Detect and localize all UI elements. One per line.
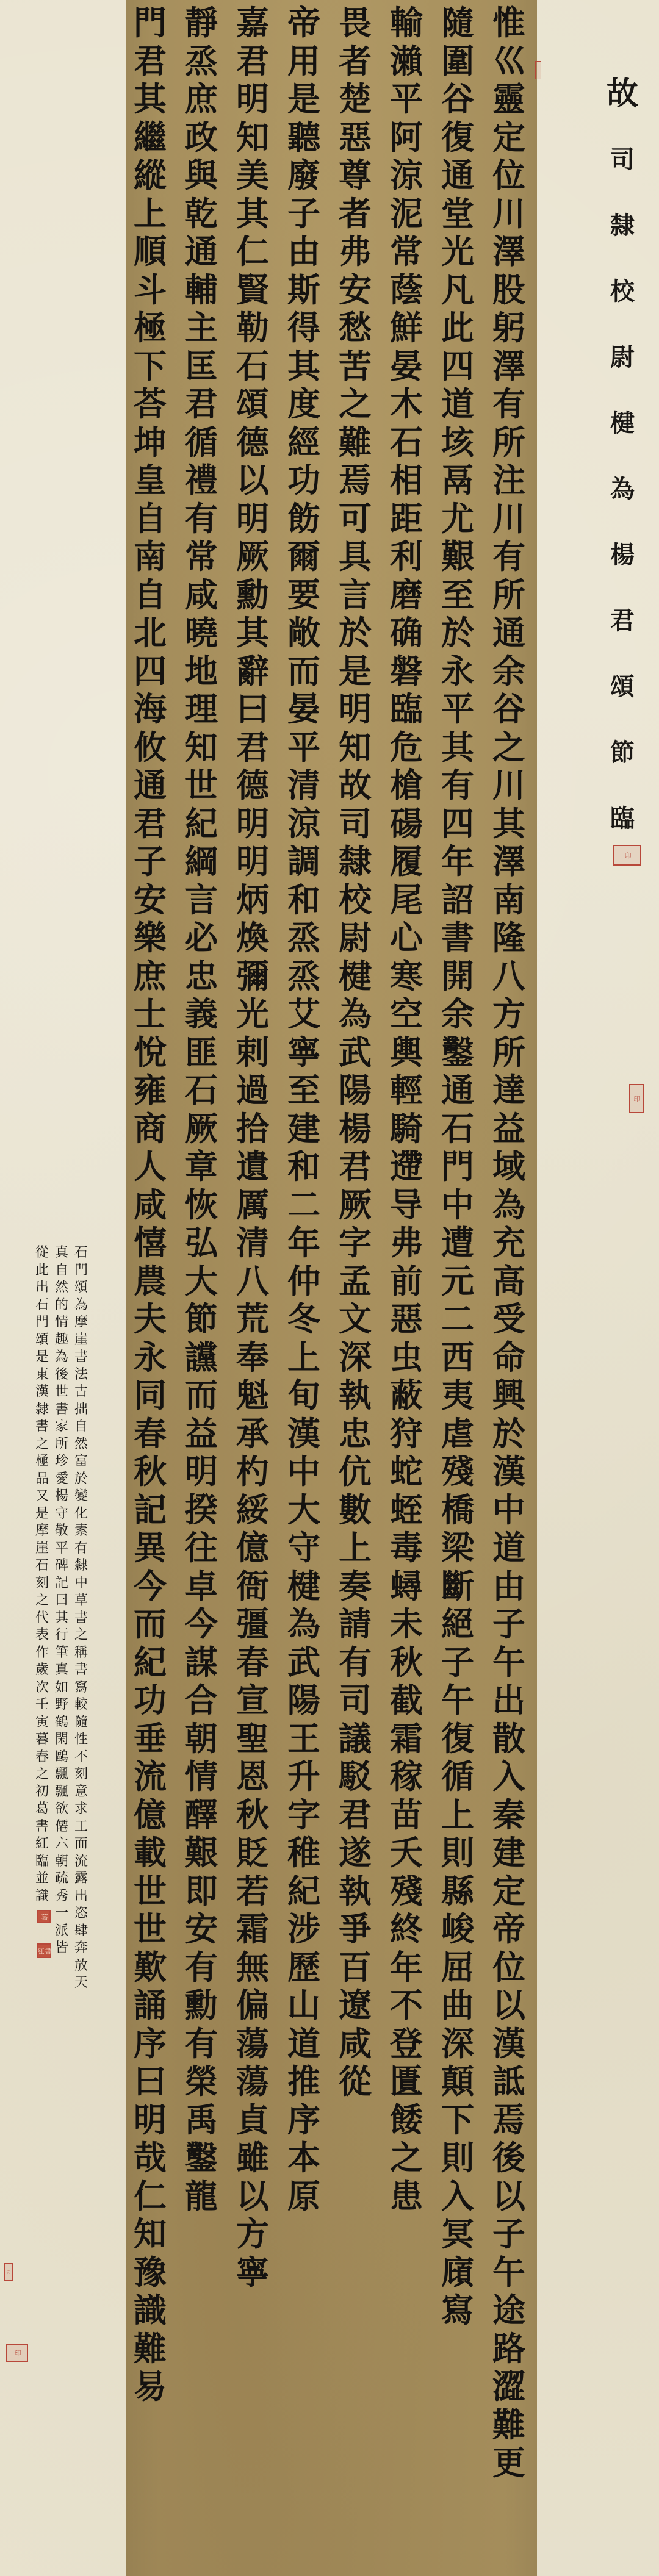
colophon-glyph: 刻 <box>73 1766 90 1784</box>
calligraphy-glyph: 西 <box>432 1338 483 1377</box>
colophon-glyph: 古 <box>73 1383 90 1401</box>
calligraphy-glyph: 尾 <box>381 881 432 919</box>
calligraphy-glyph: 魁 <box>227 1376 278 1415</box>
calligraphy-glyph: 蕩 <box>227 2025 278 2063</box>
calligraphy-glyph: 漢 <box>483 2025 535 2063</box>
calligraphy-glyph: 曰 <box>227 690 278 728</box>
calligraphy-glyph: 光 <box>227 995 278 1033</box>
colophon-glyph: 品 <box>34 1471 51 1488</box>
colophon-glyph: 其 <box>53 1610 70 1627</box>
calligraphy-glyph: 明 <box>227 805 278 843</box>
calligraphy-glyph: 登 <box>381 2025 432 2063</box>
calligraphy-glyph: 必 <box>176 919 227 957</box>
calligraphy-glyph: 通 <box>124 766 176 805</box>
text-column-5: 帝用是聽廢子由斯得其度經功飭爾要敞而晏平清涼調和烝烝艾寧至建和二年仲冬上旬漢中大… <box>278 0 329 2576</box>
calligraphy-glyph: 涉 <box>278 1910 329 1948</box>
calligraphy-glyph: 載 <box>124 1834 176 1872</box>
colophon-glyph: 野 <box>53 1696 70 1714</box>
calligraphy-glyph: 紀 <box>278 1872 329 1910</box>
calligraphy-glyph: 谷 <box>432 80 483 118</box>
calligraphy-glyph: 剌 <box>227 1033 278 1072</box>
title-glyph: 頌 <box>604 654 641 720</box>
calligraphy-glyph: 寒 <box>381 957 432 996</box>
calligraphy-glyph: 彊 <box>227 1605 278 1643</box>
calligraphy-glyph: 遰 <box>381 1147 432 1186</box>
calligraphy-glyph: 奉 <box>227 1338 278 1377</box>
calligraphy-glyph: 有 <box>176 1948 227 1987</box>
calligraphy-glyph: 相 <box>381 461 432 500</box>
calligraphy-glyph: 輕 <box>381 1071 432 1110</box>
title-glyph: 尉 <box>604 325 641 390</box>
calligraphy-glyph: 詔 <box>432 881 483 919</box>
colophon-glyph: 次 <box>34 1679 51 1697</box>
calligraphy-glyph: 有 <box>176 500 227 538</box>
calligraphy-glyph: 揆 <box>176 1491 227 1529</box>
calligraphy-glyph: 貞 <box>227 2101 278 2139</box>
calligraphy-glyph: 通 <box>483 614 535 652</box>
calligraphy-glyph: 屈 <box>432 1948 483 1987</box>
calligraphy-glyph: 調 <box>278 842 329 881</box>
colophon-column-1: 石門頌為摩崖書法古拙自然富於變化素有隸中草書之稱書寫較隨性不刻意求工而流露出恣肆… <box>73 1244 90 1992</box>
calligraphy-glyph: 蟳 <box>381 1567 432 1606</box>
calligraphy-glyph: 磨 <box>381 576 432 614</box>
calligraphy-glyph: 高 <box>483 1262 535 1301</box>
colophon-glyph: 派 <box>53 1923 70 1940</box>
calligraphy-glyph: 有 <box>176 2025 227 2063</box>
calligraphy-glyph: 異 <box>124 1529 176 1567</box>
text-column-2: 隨圍谷復通堂光凡此四道垓鬲尤艱至於永平其有四年詔書開余鑿通石門中遭元二西夷虐殘橋… <box>432 0 483 2576</box>
calligraphy-glyph: 賢 <box>227 271 278 309</box>
calligraphy-glyph: 仁 <box>227 232 278 271</box>
calligraphy-glyph: 農 <box>124 1262 176 1301</box>
calligraphy-glyph: 隆 <box>483 919 535 957</box>
colophon-glyph: 僊 <box>53 1818 70 1836</box>
calligraphy-glyph: 空 <box>381 995 432 1033</box>
colophon-glyph: 朝 <box>53 1853 70 1871</box>
colophon-glyph: 然 <box>73 1436 90 1454</box>
calligraphy-glyph: 頌 <box>227 385 278 423</box>
calligraphy-glyph: 禮 <box>176 461 227 500</box>
calligraphy-glyph: 者 <box>329 195 381 233</box>
calligraphy-glyph: 楊 <box>329 1110 381 1148</box>
seal-right-lower: 印 <box>629 1084 644 1113</box>
calligraphy-glyph: 誦 <box>124 1986 176 2025</box>
calligraphy-glyph: 焉 <box>329 461 381 500</box>
colophon-glyph: 恣 <box>73 1905 90 1923</box>
calligraphy-glyph: 奏 <box>329 1567 381 1606</box>
calligraphy-glyph: 大 <box>278 1491 329 1529</box>
calligraphy-glyph: 禹 <box>176 2101 227 2139</box>
calligraphy-glyph: 年 <box>432 842 483 881</box>
colophon-glyph: 素 <box>73 1523 90 1540</box>
calligraphy-glyph: 秋 <box>124 1452 176 1491</box>
colophon-glyph: 歲 <box>34 1662 51 1679</box>
calligraphy-glyph: 漢 <box>483 1452 535 1491</box>
calligraphy-glyph: 澤 <box>483 842 535 881</box>
calligraphy-glyph: 所 <box>483 1033 535 1072</box>
calligraphy-glyph: 垂 <box>124 1720 176 1758</box>
calligraphy-glyph: 為 <box>329 995 381 1033</box>
calligraphy-glyph: 惡 <box>329 118 381 157</box>
calligraphy-glyph: 山 <box>278 1986 329 2025</box>
colophon-glyph: 化 <box>73 1505 90 1523</box>
calligraphy-glyph: 杓 <box>227 1452 278 1491</box>
calligraphy-glyph: 厥 <box>329 1186 381 1224</box>
calligraphy-glyph: 稼 <box>381 1757 432 1796</box>
colophon-column-3: 從此出石門頌是東漢隸書之極品又是摩崖石刻之代表作歲次壬寅暮春之初葛書紅臨並識 <box>34 1244 51 1992</box>
calligraphy-glyph: 後 <box>483 2139 535 2177</box>
colophon-glyph: 守 <box>53 1505 70 1523</box>
calligraphy-glyph: 自 <box>124 500 176 538</box>
colophon-glyph: 又 <box>34 1488 51 1505</box>
colophon-glyph: 變 <box>73 1488 90 1505</box>
calligraphy-glyph: 勳 <box>227 576 278 614</box>
calligraphy-glyph: 通 <box>432 1071 483 1110</box>
calligraphy-glyph: 虫 <box>381 1338 432 1377</box>
calligraphy-glyph: 二 <box>278 1186 329 1224</box>
colophon-glyph: 頌 <box>34 1332 51 1349</box>
calligraphy-glyph: 顛 <box>432 2062 483 2101</box>
seal-left-lower-2: 印 <box>6 2344 28 2362</box>
colophon-glyph: 崖 <box>34 1540 51 1558</box>
calligraphy-glyph: 域 <box>483 1147 535 1186</box>
calligraphy-glyph: 煥 <box>227 919 278 957</box>
colophon-glyph: 之 <box>73 1627 90 1645</box>
calligraphy-glyph: 石 <box>381 423 432 462</box>
colophon-glyph: 閑 <box>53 1731 70 1749</box>
calligraphy-glyph: 圍 <box>432 42 483 81</box>
calligraphy-glyph: 槍 <box>381 766 432 805</box>
colophon-glyph: 求 <box>73 1801 90 1818</box>
calligraphy-glyph: 仲 <box>278 1262 329 1301</box>
calligraphy-glyph: 興 <box>483 1376 535 1415</box>
calligraphy-glyph: 旬 <box>278 1376 329 1415</box>
title-inscription-column: 故 司 隸 校 尉 楗 為 楊 君 頌 節 臨 <box>604 61 641 852</box>
calligraphy-glyph: 瀨 <box>381 42 432 81</box>
colophon-glyph: 行 <box>53 1627 70 1645</box>
calligraphy-glyph: 坤 <box>124 423 176 462</box>
calligraphy-glyph: 烝 <box>278 957 329 996</box>
calligraphy-glyph: 尉 <box>329 919 381 957</box>
calligraphy-glyph: 於 <box>329 614 381 652</box>
title-glyph: 楗 <box>604 390 641 456</box>
calligraphy-glyph: 斗 <box>124 271 176 309</box>
calligraphy-glyph: 世 <box>124 1872 176 1910</box>
calligraphy-glyph: 恢 <box>176 1186 227 1224</box>
calligraphy-glyph: 咸 <box>124 1186 176 1224</box>
calligraphy-glyph: 清 <box>227 1224 278 1262</box>
calligraphy-glyph: 明 <box>124 2101 176 2139</box>
calligraphy-glyph: 樂 <box>124 919 176 957</box>
calligraphy-glyph: 政 <box>176 118 227 157</box>
colophon-glyph: 石 <box>34 1557 51 1575</box>
colophon-glyph: 如 <box>53 1679 70 1697</box>
calligraphy-glyph: 烝 <box>278 919 329 957</box>
seal-colophon-2: 書紅 <box>37 1943 51 1958</box>
calligraphy-glyph: 平 <box>278 728 329 767</box>
calligraphy-glyph: 遭 <box>432 1224 483 1262</box>
calligraphy-glyph: 為 <box>483 1186 535 1224</box>
calligraphy-glyph: 記 <box>124 1491 176 1529</box>
calligraphy-glyph: 則 <box>432 1834 483 1872</box>
calligraphy-glyph: 道 <box>432 385 483 423</box>
colophon-glyph: 所 <box>53 1436 70 1454</box>
calligraphy-glyph: 楗 <box>278 1567 329 1606</box>
calligraphy-glyph: 是 <box>329 652 381 691</box>
calligraphy-glyph: 位 <box>483 1948 535 1987</box>
calligraphy-glyph: 庶 <box>124 957 176 996</box>
calligraphy-glyph: 難 <box>124 2330 176 2368</box>
calligraphy-glyph: 弘 <box>176 1224 227 1262</box>
calligraphy-glyph: 商 <box>124 1110 176 1148</box>
calligraphy-glyph: 循 <box>176 423 227 462</box>
calligraphy-glyph: 谷 <box>483 690 535 728</box>
calligraphy-glyph: 散 <box>483 1720 535 1758</box>
calligraphy-glyph: 入 <box>432 2177 483 2215</box>
calligraphy-glyph: 以 <box>227 461 278 500</box>
calligraphy-glyph: 君 <box>176 385 227 423</box>
calligraphy-glyph: 余 <box>432 995 483 1033</box>
calligraphy-glyph: 可 <box>329 500 381 538</box>
calligraphy-glyph: 鑿 <box>432 1033 483 1072</box>
colophon-glyph: 皆 <box>53 1940 70 1957</box>
calligraphy-glyph: 殘 <box>432 1452 483 1491</box>
calligraphy-glyph: 寧 <box>278 1033 329 1072</box>
calligraphy-glyph: 秋 <box>227 1796 278 1834</box>
calligraphy-glyph: 秋 <box>381 1643 432 1682</box>
colophon-glyph: 真 <box>53 1662 70 1679</box>
calligraphy-glyph: 以 <box>227 2177 278 2215</box>
calligraphy-glyph: 武 <box>278 1643 329 1682</box>
colophon-glyph: 初 <box>34 1784 51 1801</box>
calligraphy-glyph: 石 <box>432 1110 483 1148</box>
colophon-glyph: 是 <box>34 1505 51 1523</box>
calligraphy-glyph: 序 <box>124 2025 176 2063</box>
text-column-3: 輸瀨平阿涼泥常蔭鮮晏木石相距利磨确磐臨危槍碭履尾心寒空輿輕騎遰导弗前惡虫蔽狩蛇蛭… <box>381 0 432 2576</box>
colophon-glyph: 草 <box>73 1592 90 1610</box>
calligraphy-glyph: 由 <box>483 1567 535 1606</box>
calligraphy-glyph: 曲 <box>432 1986 483 2025</box>
calligraphy-glyph: 承 <box>227 1415 278 1453</box>
calligraphy-glyph: 於 <box>483 1415 535 1453</box>
calligraphy-glyph: 輔 <box>176 271 227 309</box>
seal-panel-edge <box>535 61 541 79</box>
calligraphy-glyph: 爾 <box>278 537 329 576</box>
calligraphy-glyph: 安 <box>329 271 381 309</box>
calligraphy-glyph: 者 <box>329 42 381 81</box>
calligraphy-glyph: 情 <box>176 1757 227 1796</box>
calligraphy-glyph: 過 <box>227 1071 278 1110</box>
colophon-glyph: 碑 <box>53 1557 70 1575</box>
colophon-glyph: 之 <box>34 1436 51 1454</box>
calligraphy-glyph: 憘 <box>124 1224 176 1262</box>
calligraphy-glyph: 霜 <box>227 1910 278 1948</box>
colophon-glyph: 家 <box>53 1418 70 1436</box>
calligraphy-glyph: 巛 <box>483 42 535 81</box>
calligraphy-glyph: 合 <box>176 1681 227 1720</box>
calligraphy-glyph: 途 <box>483 2291 535 2330</box>
colophon-glyph: 之 <box>34 1766 51 1784</box>
calligraphy-glyph: 焉 <box>483 2101 535 2139</box>
calligraphy-glyph: 益 <box>176 1415 227 1453</box>
colophon-glyph: 書 <box>53 1401 70 1419</box>
title-glyph: 司 <box>604 127 641 193</box>
calligraphy-glyph: 北 <box>124 614 176 652</box>
calligraphy-glyph: 地 <box>176 652 227 691</box>
calligraphy-glyph: 截 <box>381 1681 432 1720</box>
calligraphy-glyph: 澀 <box>483 2367 535 2406</box>
calligraphy-glyph: 苦 <box>329 347 381 386</box>
calligraphy-glyph: 更 <box>483 2444 535 2482</box>
calligraphy-glyph: 美 <box>227 156 278 195</box>
calligraphy-glyph: 稚 <box>278 1834 329 1872</box>
calligraphy-glyph: 攸 <box>124 728 176 767</box>
calligraphy-glyph: 言 <box>329 576 381 614</box>
title-glyph: 節 <box>604 720 641 786</box>
calligraphy-glyph: 繼 <box>124 118 176 157</box>
colophon-glyph: 愛 <box>53 1471 70 1488</box>
calligraphy-glyph: 王 <box>278 1720 329 1758</box>
calligraphy-glyph: 夷 <box>432 1376 483 1415</box>
calligraphy-glyph: 明 <box>227 500 278 538</box>
calligraphy-glyph: 道 <box>483 1529 535 1567</box>
calligraphy-glyph: 拾 <box>227 1110 278 1148</box>
calligraphy-glyph: 大 <box>176 1262 227 1301</box>
calligraphy-glyph: 廎 <box>432 2253 483 2292</box>
calligraphy-glyph: 卓 <box>176 1567 227 1606</box>
calligraphy-glyph: 隨 <box>432 4 483 42</box>
calligraphy-glyph: 君 <box>329 1147 381 1186</box>
colophon-glyph: 自 <box>73 1418 90 1436</box>
calligraphy-glyph: 聖 <box>227 1720 278 1758</box>
colophon-glyph: 法 <box>73 1366 90 1384</box>
colophon-glyph: 後 <box>53 1366 70 1384</box>
calligraphy-glyph: 常 <box>381 232 432 271</box>
calligraphy-glyph: 極 <box>124 309 176 347</box>
text-column-8: 門君其繼縱上順斗極下荅坤皇自南自北四海攸通君子安樂庶士悅雍商人咸憘農夫永同春秋記… <box>124 0 176 2576</box>
calligraphy-glyph: 司 <box>329 805 381 843</box>
calligraphy-glyph: 飭 <box>278 500 329 538</box>
calligraphy-glyph: 伉 <box>329 1452 381 1491</box>
calligraphy-glyph: 烝 <box>176 42 227 81</box>
calligraphy-glyph: 用 <box>278 42 329 81</box>
colophon-glyph: 摩 <box>34 1523 51 1540</box>
colophon-glyph: 表 <box>34 1627 51 1645</box>
colophon-glyph: 疏 <box>53 1870 70 1888</box>
colophon-glyph: 欲 <box>53 1801 70 1818</box>
calligraphy-glyph: 豫 <box>124 2253 176 2292</box>
calligraphy-glyph: 其 <box>227 614 278 652</box>
calligraphy-glyph: 難 <box>483 2406 535 2444</box>
calligraphy-glyph: 其 <box>432 728 483 767</box>
calligraphy-glyph: 故 <box>329 766 381 805</box>
calligraphy-glyph: 君 <box>329 1796 381 1834</box>
calligraphy-glyph: 安 <box>124 881 176 919</box>
colophon-glyph: 葛 <box>34 1801 51 1818</box>
calligraphy-glyph: 澤 <box>483 347 535 386</box>
calligraphy-glyph: 受 <box>483 1300 535 1338</box>
calligraphy-glyph: 龍 <box>176 2177 227 2215</box>
colophon-glyph: 露 <box>73 1870 90 1888</box>
calligraphy-glyph: 和 <box>278 1147 329 1186</box>
calligraphy-glyph: 泥 <box>381 195 432 233</box>
colophon-glyph: 摩 <box>73 1314 90 1332</box>
calligraphy-glyph: 楚 <box>329 80 381 118</box>
calligraphy-glyph: 虐 <box>432 1415 483 1453</box>
calligraphy-glyph: 字 <box>278 1796 329 1834</box>
colophon-glyph: 肆 <box>73 1923 90 1940</box>
calligraphy-glyph: 深 <box>329 1338 381 1377</box>
colophon-glyph: 富 <box>73 1453 90 1471</box>
calligraphy-glyph: 知 <box>176 728 227 767</box>
colophon-glyph: 頌 <box>73 1279 90 1297</box>
calligraphy-glyph: 夭 <box>381 1834 432 1872</box>
calligraphy-glyph: 木 <box>381 385 432 423</box>
calligraphy-glyph: 難 <box>329 423 381 462</box>
calligraphy-glyph: 蛇 <box>381 1452 432 1491</box>
calligraphy-glyph: 士 <box>124 995 176 1033</box>
calligraphy-glyph: 君 <box>124 805 176 843</box>
calligraphy-glyph: 晏 <box>381 347 432 386</box>
text-column-4: 畏者楚惡尊者弗安愁苦之難焉可具言於是明知故司隸校尉楗為武陽楊君厥字孟文深執忠伉數… <box>329 0 381 2576</box>
calligraphy-glyph: 确 <box>381 614 432 652</box>
calligraphy-glyph: 子 <box>278 195 329 233</box>
calligraphy-glyph: 升 <box>278 1757 329 1796</box>
calligraphy-glyph: 厲 <box>227 1186 278 1224</box>
text-column-1: 惟巛靈定位川澤股躬澤有所注川有所通余谷之川其澤南隆八方所達益域為充高受命興於漢中… <box>483 0 535 2576</box>
calligraphy-glyph: 陽 <box>278 1681 329 1720</box>
calligraphy-glyph: 蔽 <box>381 1376 432 1415</box>
calligraphy-glyph: 曉 <box>176 614 227 652</box>
calligraphy-glyph: 子 <box>483 2215 535 2253</box>
calligraphy-glyph: 數 <box>329 1491 381 1529</box>
calligraphy-glyph: 曰 <box>124 2062 176 2101</box>
calligraphy-glyph: 畏 <box>329 4 381 42</box>
calligraphy-glyph: 庶 <box>176 80 227 118</box>
calligraphy-glyph: 匱 <box>381 2062 432 2101</box>
seal-colophon-1: 葛 <box>37 1910 51 1923</box>
calligraphy-glyph: 其 <box>278 347 329 386</box>
calligraphy-glyph: 未 <box>381 1605 432 1643</box>
calligraphy-glyph: 安 <box>176 1910 227 1948</box>
calligraphy-glyph: 愁 <box>329 309 381 347</box>
calligraphy-glyph: 從 <box>329 2062 381 2101</box>
calligraphy-glyph: 八 <box>227 1262 278 1301</box>
calligraphy-glyph: 循 <box>432 1757 483 1796</box>
calligraphy-glyph: 清 <box>278 766 329 805</box>
calligraphy-glyph: 度 <box>278 385 329 423</box>
calligraphy-glyph: 陽 <box>329 1071 381 1110</box>
calligraphy-glyph: 司 <box>329 1681 381 1720</box>
calligraphy-glyph: 帝 <box>483 1910 535 1948</box>
calligraphy-glyph: 遺 <box>227 1147 278 1186</box>
calligraphy-glyph: 廢 <box>278 156 329 195</box>
calligraphy-glyph: 嘉 <box>227 4 278 42</box>
calligraphy-glyph: 易 <box>124 2367 176 2406</box>
calligraphy-glyph: 百 <box>329 1948 381 1987</box>
calligraphy-glyph: 勒 <box>227 309 278 347</box>
calligraphy-glyph: 尤 <box>432 500 483 538</box>
calligraphy-glyph: 彌 <box>227 957 278 996</box>
calligraphy-glyph: 毒 <box>381 1529 432 1567</box>
calligraphy-glyph: 艾 <box>278 995 329 1033</box>
title-glyph: 楊 <box>604 522 641 588</box>
colophon-glyph: 自 <box>53 1262 70 1280</box>
colophon-glyph: 鷗 <box>53 1749 70 1767</box>
calligraphy-glyph: 方 <box>227 2215 278 2253</box>
calligraphy-glyph: 建 <box>278 1110 329 1148</box>
calligraphy-glyph: 君 <box>227 728 278 767</box>
